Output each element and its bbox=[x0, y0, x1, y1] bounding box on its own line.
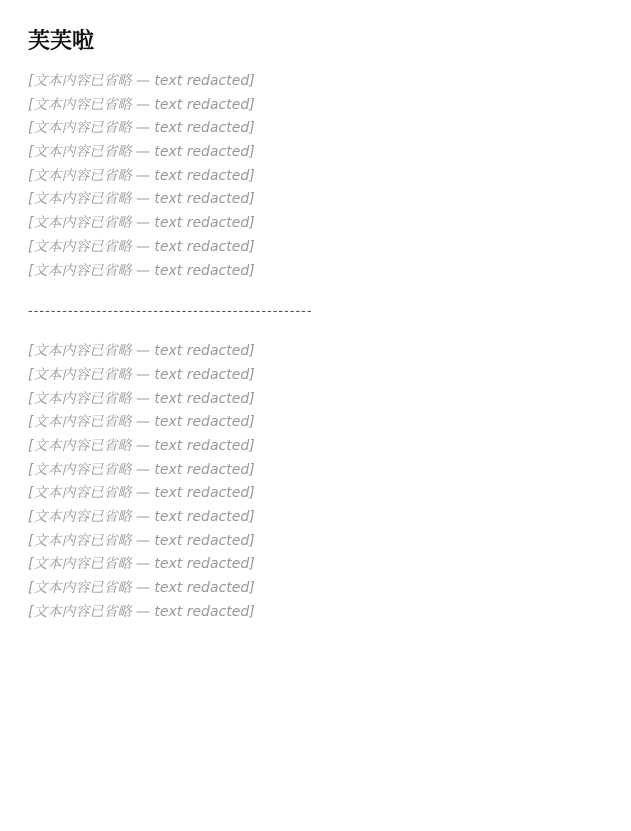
paragraph: [文本内容已省略 — text redacted] bbox=[28, 118, 603, 140]
paragraph: [文本内容已省略 — text redacted] bbox=[28, 237, 603, 259]
paragraph: [文本内容已省略 — text redacted] bbox=[28, 341, 603, 363]
paragraph: [文本内容已省略 — text redacted] bbox=[28, 261, 603, 283]
paragraph: [文本内容已省略 — text redacted] bbox=[28, 142, 603, 164]
section-divider: ----------------------------------------… bbox=[28, 304, 603, 319]
page-title: 芙芙啦 bbox=[28, 24, 603, 55]
paragraph: [文本内容已省略 — text redacted] bbox=[28, 602, 603, 624]
paragraph: [文本内容已省略 — text redacted] bbox=[28, 189, 603, 211]
paragraph: [文本内容已省略 — text redacted] bbox=[28, 95, 603, 117]
paragraph: [文本内容已省略 — text redacted] bbox=[28, 531, 603, 553]
paragraph: [文本内容已省略 — text redacted] bbox=[28, 412, 603, 434]
section-1: [文本内容已省略 — text redacted][文本内容已省略 — text… bbox=[28, 71, 603, 282]
paragraph: [文本内容已省略 — text redacted] bbox=[28, 365, 603, 387]
paragraph: [文本内容已省略 — text redacted] bbox=[28, 578, 603, 600]
paragraph: [文本内容已省略 — text redacted] bbox=[28, 460, 603, 482]
paragraph: [文本内容已省略 — text redacted] bbox=[28, 213, 603, 235]
paragraph: [文本内容已省略 — text redacted] bbox=[28, 483, 603, 505]
paragraph: [文本内容已省略 — text redacted] bbox=[28, 554, 603, 576]
paragraph: [文本内容已省略 — text redacted] bbox=[28, 507, 603, 529]
document-page: 芙芙啦 [文本内容已省略 — text redacted][文本内容已省略 — … bbox=[0, 0, 631, 643]
paragraph: [文本内容已省略 — text redacted] bbox=[28, 166, 603, 188]
section-2: [文本内容已省略 — text redacted][文本内容已省略 — text… bbox=[28, 341, 603, 623]
paragraph: [文本内容已省略 — text redacted] bbox=[28, 436, 603, 458]
paragraph: [文本内容已省略 — text redacted] bbox=[28, 389, 603, 411]
paragraph: [文本内容已省略 — text redacted] bbox=[28, 71, 603, 93]
